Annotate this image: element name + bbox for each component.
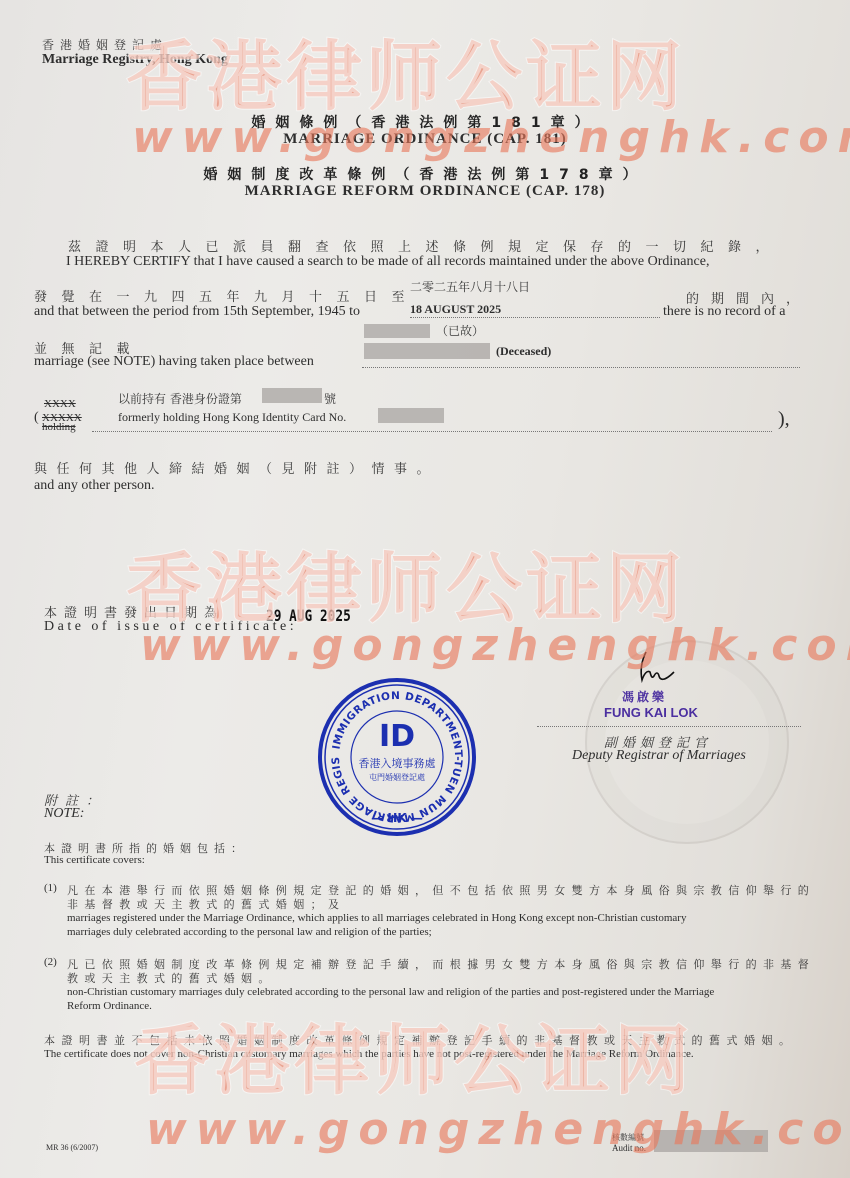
signature-line	[537, 726, 801, 727]
form-code: MR 36 (6/2007)	[46, 1143, 98, 1152]
holding-suffix-zh: 號	[324, 390, 336, 407]
holding-text-zh: 以前持有 香港身份證第	[118, 390, 242, 407]
holding-text-en: formerly holding Hong Kong Identity Card…	[118, 410, 346, 425]
watermark-cn: 香港律师公证网	[134, 1000, 694, 1109]
note-item-number: (1)	[44, 882, 57, 894]
ordinance-2-title-en: MARRIAGE REFORM ORDINANCE (CAP. 178)	[0, 183, 850, 200]
svg-text:ID: ID	[379, 719, 415, 754]
svg-text:屯門婚姻登記處: 屯門婚姻登記處	[369, 772, 425, 782]
certify-text-zh: 茲證明本人已派員翻查依照上述條例規定保存的一切紀錄，	[68, 236, 783, 255]
certify-text-en: I HEREBY CERTIFY that I have caused a se…	[66, 254, 709, 270]
party-line	[362, 367, 800, 368]
note-item-en-line1: non-Christian customary marriages duly c…	[67, 986, 714, 998]
watermark-cn: 香港律师公证网	[126, 16, 686, 125]
note-item-en-line1: marriages registered under the Marriage …	[67, 912, 686, 924]
period-text-en: and that between the period from 15th Se…	[34, 304, 360, 320]
deceased-label-en: (Deceased)	[496, 344, 551, 359]
end-date-line	[410, 317, 660, 318]
marriage-between-text-en: marriage (see NOTE) having taken place b…	[34, 354, 314, 370]
end-date-zh: 二零二五年八月十八日	[410, 278, 530, 295]
holding-label-struck: holding	[42, 421, 76, 433]
any-other-text-zh: 與任何其他人締結婚姻（見附註）情事。	[34, 458, 439, 477]
redacted-name-en	[364, 343, 490, 359]
no-record-text-en: there is no record of a	[663, 304, 785, 320]
watermark-url: www.gongzhenghk.com	[140, 620, 850, 671]
open-paren: (	[34, 410, 39, 426]
note-label-en: NOTE:	[44, 806, 84, 822]
any-other-text-en: and any other person.	[34, 478, 155, 494]
close-paren: ),	[778, 408, 790, 431]
deceased-label-zh: （已故）	[436, 322, 484, 339]
note-item-number: (2)	[44, 956, 57, 968]
note-item-zh-line2: 教或天主教式的舊式婚姻。	[67, 970, 276, 986]
signatory-name-zh: 馮啟樂	[622, 688, 667, 705]
watermark-url: www.gongzhenghk.com	[132, 112, 850, 163]
redacted-id-en	[378, 408, 444, 423]
signatory-title-en: Deputy Registrar of Marriages	[572, 748, 746, 764]
svg-text:香港入境事務處: 香港入境事務處	[359, 756, 436, 770]
note-item-en-line2: marriages duly celebrated according to t…	[67, 926, 432, 938]
note-item-zh-line2: 非基督教或天主教式的舊式婚姻；及	[67, 896, 345, 912]
redacted-name-zh	[364, 324, 430, 338]
immigration-seal: IMMIGRATION DEPARTMENT-TUEN MUN MARRIAGE…	[316, 676, 478, 838]
ordinance-2-title-zh: 婚姻制度改革條例（香港法例第178章）	[0, 164, 850, 184]
signatory-name-en: FUNG KAI LOK	[604, 705, 698, 720]
holding-line	[92, 431, 772, 432]
period-text-zh: 發覺在一九四五年九月十五日至	[34, 286, 419, 305]
end-date-en: 18 AUGUST 2025	[410, 302, 501, 317]
svg-text:— HK —: — HK —	[371, 811, 423, 825]
covers-text-en: This certificate covers:	[44, 854, 145, 866]
struck-text-1: XXXX	[44, 398, 76, 410]
redacted-id-zh	[262, 388, 322, 403]
watermark-url: www.gongzhenghk.com	[146, 1104, 850, 1155]
